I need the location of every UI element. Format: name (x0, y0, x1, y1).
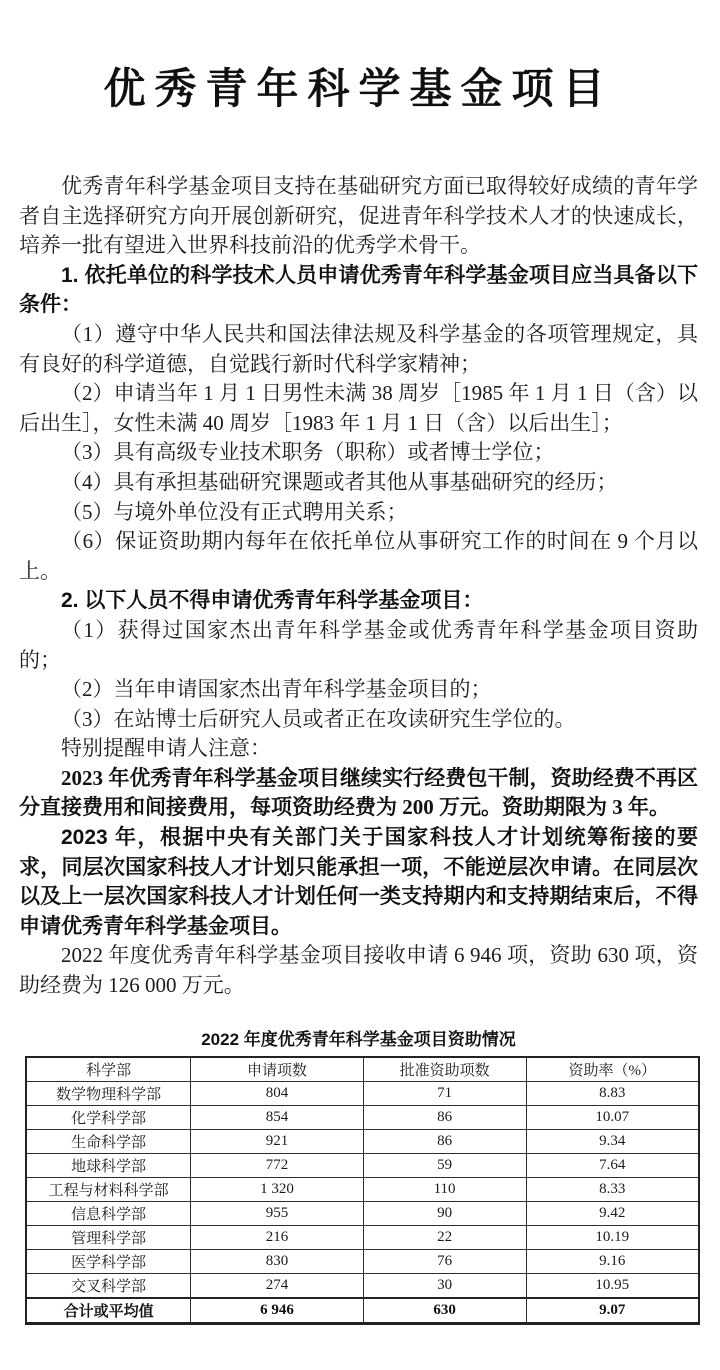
table-cell: 9.34 (526, 1129, 699, 1153)
table-cell: 信息科学部 (26, 1201, 191, 1225)
table-cell: 交叉科学部 (26, 1273, 191, 1298)
funding-table-head: 科学部申请项数批准资助项数资助率（%） (26, 1057, 699, 1082)
table-cell: 8.83 (526, 1081, 699, 1105)
table-cell: 9.07 (526, 1298, 699, 1324)
table-header-cell: 资助率（%） (526, 1057, 699, 1082)
table-row: 生命科学部921869.34 (26, 1129, 699, 1153)
paragraph-11: （2）当年申请国家杰出青年科学基金项目的； (19, 675, 698, 705)
table-cell: 10.95 (526, 1273, 699, 1298)
table-row: 工程与材料科学部1 3201108.33 (26, 1177, 699, 1201)
table-cell: 86 (363, 1129, 526, 1153)
table-cell: 9.16 (526, 1249, 699, 1273)
table-cell: 955 (191, 1201, 363, 1225)
table-cell: 274 (191, 1273, 363, 1298)
table-cell: 772 (191, 1153, 363, 1177)
paragraph-14: 2023 年优秀青年科学基金项目继续实行经费包干制，资助经费不再区分直接费用和间… (19, 764, 698, 823)
table-cell: 22 (363, 1225, 526, 1249)
paragraph-3: （1）遵守中华人民共和国法律法规及科学基金的各项管理规定，具有良好的科学道德，自… (19, 320, 698, 379)
table-cell: 830 (191, 1249, 363, 1273)
table-header-cell: 批准资助项数 (363, 1057, 526, 1082)
table-row: 医学科学部830769.16 (26, 1249, 699, 1273)
paragraph-10: （1）获得过国家杰出青年科学基金或优秀青年科学基金项目资助的； (19, 616, 698, 675)
paragraph-12: （3）在站博士后研究人员或者正在攻读研究生学位的。 (19, 705, 698, 735)
table-cell: 30 (363, 1273, 526, 1298)
paragraph-4: （2）申请当年 1 月 1 日男性未满 38 周岁［1985 年 1 月 1 日… (19, 379, 698, 438)
paragraph-6: （4）具有承担基础研究课题或者其他从事基础研究的经历； (19, 468, 698, 498)
table-row: 管理科学部2162210.19 (26, 1225, 699, 1249)
paragraph-13: 特别提醒申请人注意： (19, 734, 698, 764)
paragraph-7: （5）与境外单位没有正式聘用关系； (19, 498, 698, 528)
table-cell: 9.42 (526, 1201, 699, 1225)
paragraph-1: 优秀青年科学基金项目支持在基础研究方面已取得较好成绩的青年学者自主选择研究方向开… (19, 172, 698, 261)
table-cell: 10.19 (526, 1225, 699, 1249)
page-title: 优秀青年科学基金项目 (19, 0, 698, 116)
table-cell: 921 (191, 1129, 363, 1153)
table-title: 2022 年度优秀青年科学基金项目资助情况 (19, 1025, 698, 1050)
table-cell: 合计或平均值 (26, 1298, 191, 1324)
table-cell: 工程与材料科学部 (26, 1177, 191, 1201)
table-cell: 化学科学部 (26, 1105, 191, 1129)
paragraph-9: 2. 以下人员不得申请优秀青年科学基金项目： (19, 586, 698, 616)
table-cell: 10.07 (526, 1105, 699, 1129)
table-header-row: 科学部申请项数批准资助项数资助率（%） (26, 1057, 699, 1082)
table-row: 信息科学部955909.42 (26, 1201, 699, 1225)
table-cell: 76 (363, 1249, 526, 1273)
body-paragraphs: 优秀青年科学基金项目支持在基础研究方面已取得较好成绩的青年学者自主选择研究方向开… (19, 172, 698, 1001)
table-cell: 管理科学部 (26, 1225, 191, 1249)
paragraph-16: 2022 年度优秀青年科学基金项目接收申请 6 946 项，资助 630 项，资… (19, 941, 698, 1000)
table-cell: 1 320 (191, 1177, 363, 1201)
table-cell: 地球科学部 (26, 1153, 191, 1177)
table-row: 数学物理科学部804718.83 (26, 1081, 699, 1105)
paragraph-15: 2023 年，根据中央有关部门关于国家科技人才计划统筹衔接的要求，同层次国家科技… (19, 823, 698, 941)
table-cell: 216 (191, 1225, 363, 1249)
table-row: 地球科学部772597.64 (26, 1153, 699, 1177)
table-cell: 86 (363, 1105, 526, 1129)
table-cell: 59 (363, 1153, 526, 1177)
table-row: 化学科学部8548610.07 (26, 1105, 699, 1129)
table-cell: 8.33 (526, 1177, 699, 1201)
paragraph-5: （3）具有高级专业技术职务（职称）或者博士学位； (19, 438, 698, 468)
table-cell: 7.64 (526, 1153, 699, 1177)
funding-table: 科学部申请项数批准资助项数资助率（%） 数学物理科学部804718.83化学科学… (25, 1056, 700, 1325)
table-header-cell: 申请项数 (191, 1057, 363, 1082)
document-page: 优秀青年科学基金项目 优秀青年科学基金项目支持在基础研究方面已取得较好成绩的青年… (0, 0, 720, 1325)
paragraph-2: 1. 依托单位的科学技术人员申请优秀青年科学基金项目应当具备以下条件： (19, 261, 698, 320)
table-cell: 90 (363, 1201, 526, 1225)
table-cell: 生命科学部 (26, 1129, 191, 1153)
table-cell: 71 (363, 1081, 526, 1105)
table-header-cell: 科学部 (26, 1057, 191, 1082)
table-cell: 854 (191, 1105, 363, 1129)
paragraph-8: （6）保证资助期内每年在依托单位从事研究工作的时间在 9 个月以上。 (19, 527, 698, 586)
table-cell: 110 (363, 1177, 526, 1201)
table-cell: 6 946 (191, 1298, 363, 1324)
funding-table-body: 数学物理科学部804718.83化学科学部8548610.07生命科学部9218… (26, 1081, 699, 1323)
table-cell: 804 (191, 1081, 363, 1105)
table-cell: 医学科学部 (26, 1249, 191, 1273)
table-cell: 数学物理科学部 (26, 1081, 191, 1105)
table-cell: 630 (363, 1298, 526, 1324)
table-row: 交叉科学部2743010.95 (26, 1273, 699, 1298)
table-total-row: 合计或平均值6 9466309.07 (26, 1298, 699, 1324)
